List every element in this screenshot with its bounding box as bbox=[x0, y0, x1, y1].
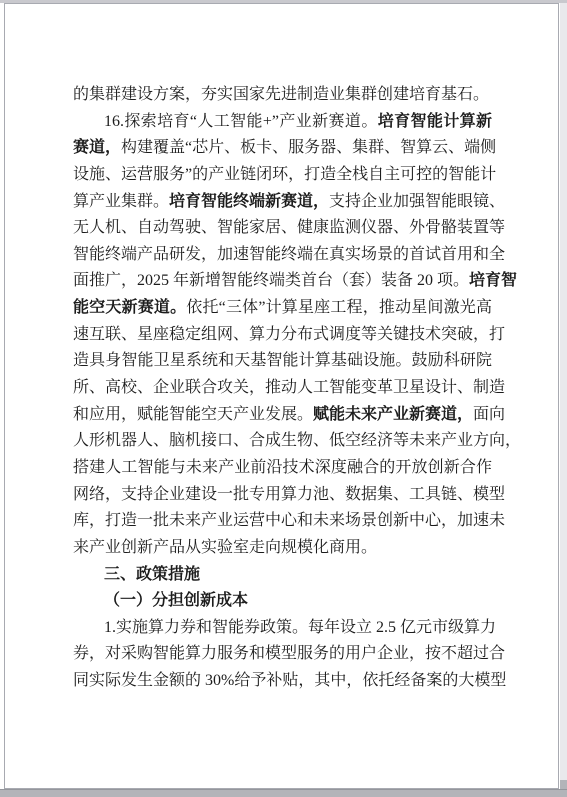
text-line-5: 算产业集群。培育智能终端新赛道，支持企业加强智能眼镜、 bbox=[73, 189, 492, 216]
text-run: 支持企业加强智能眼镜、 bbox=[329, 193, 505, 210]
page-text-block: 的集群建设方案，夯实国家先进制造业集群创建培育基石。16.探索培育“人工智能+”… bbox=[73, 82, 492, 695]
text-line-23: 同实际发生金额的 30%给予补贴，其中，依托经备案的大模型 bbox=[73, 668, 492, 695]
text-run: 券，对采购智能算力服务和模型服务的用户企业，按不超过合 bbox=[73, 645, 505, 662]
text-line-4: 设施、运营服务”的产业链闭环，打造全栈自主可控的智能计 bbox=[73, 162, 492, 189]
text-line-18: 来产业创新产品从实验室走向规模化商用。 bbox=[73, 535, 492, 562]
text-run: 的集群建设方案，夯实国家先进制造业集群创建培育基石。 bbox=[73, 86, 489, 103]
text-run: 来产业创新产品从实验室走向规模化商用。 bbox=[73, 539, 377, 556]
text-run: 人形机器人、脑机接口、合成生物、低空经济等未来产业方向， bbox=[73, 432, 521, 449]
text-run: 面推广，2025 年新增智能终端类首台（套）装备 20 项。 bbox=[73, 272, 469, 289]
text-line-6: 无人机、自动驾驶、智能家居、健康监测仪器、外骨骼装置等 bbox=[73, 215, 492, 242]
text-line-15: 搭建人工智能与未来产业前沿技术深度融合的开放创新合作 bbox=[73, 455, 492, 482]
text-run: 搭建人工智能与未来产业前沿技术深度融合的开放创新合作 bbox=[73, 459, 492, 476]
text-line-20: （一）分担创新成本 bbox=[73, 588, 492, 615]
text-run: 设施、运营服务”的产业链闭环，打造全栈自主可控的智能计 bbox=[73, 166, 496, 183]
text-line-12: 所、高校、企业联合攻关，推动人工智能变革卫星设计、制造 bbox=[73, 375, 492, 402]
text-run: 16.探索培育“人工智能+”产业新赛道。 bbox=[104, 113, 378, 130]
document-page: 的集群建设方案，夯实国家先进制造业集群创建培育基石。16.探索培育“人工智能+”… bbox=[4, 3, 559, 789]
text-run: 三、政策措施 bbox=[104, 566, 200, 583]
text-run: 赋能未来产业新赛道， bbox=[313, 406, 473, 423]
text-run: 算产业集群。 bbox=[73, 193, 169, 210]
text-run: 培育智能计算新 bbox=[378, 113, 492, 130]
text-line-1: 的集群建设方案，夯实国家先进制造业集群创建培育基石。 bbox=[73, 82, 492, 109]
text-run: 依托“三体”计算星座工程，推动星间激光高 bbox=[186, 299, 492, 316]
text-run: 库，打造一批未来产业运营中心和未来场景创新中心，加速未 bbox=[73, 512, 505, 529]
text-run: 面向 bbox=[473, 406, 505, 423]
text-run: 赛道， bbox=[73, 139, 121, 156]
text-line-13: 和应用，赋能智能空天产业发展。赋能未来产业新赛道，面向 bbox=[73, 402, 492, 429]
text-line-16: 网络，支持企业建设一批专用算力池、数据集、工具链、模型 bbox=[73, 482, 492, 509]
text-run: 智能终端产品研发，加速智能终端在真实场景的首试首用和全 bbox=[73, 246, 505, 263]
text-line-7: 智能终端产品研发，加速智能终端在真实场景的首试首用和全 bbox=[73, 242, 492, 269]
text-line-8: 面推广，2025 年新增智能终端类首台（套）装备 20 项。培育智 bbox=[73, 268, 492, 295]
text-line-17: 库，打造一批未来产业运营中心和未来场景创新中心，加速未 bbox=[73, 508, 492, 535]
text-line-3: 赛道，构建覆盖“芯片、板卡、服务器、集群、智算云、端侧 bbox=[73, 135, 492, 162]
text-line-10: 速互联、星座稳定组网、算力分布式调度等关键技术突破，打 bbox=[73, 322, 492, 349]
page-shadow-right bbox=[560, 3, 567, 790]
page-shadow-bottom bbox=[0, 789, 567, 797]
text-run: 每年设立 2.5 亿元市级算力 bbox=[308, 619, 496, 636]
document-viewer: 的集群建设方案，夯实国家先进制造业集群创建培育基石。16.探索培育“人工智能+”… bbox=[0, 0, 567, 797]
text-run: 所、高校、企业联合攻关，推动人工智能变革卫星设计、制造 bbox=[73, 379, 505, 396]
text-line-19: 三、政策措施 bbox=[73, 562, 492, 589]
text-line-14: 人形机器人、脑机接口、合成生物、低空经济等未来产业方向， bbox=[73, 428, 492, 455]
text-run: 和应用，赋能智能空天产业发展。 bbox=[73, 406, 313, 423]
text-run: 网络，支持企业建设一批专用算力池、数据集、工具链、模型 bbox=[73, 486, 505, 503]
text-line-21: 1.实施算力券和智能券政策。每年设立 2.5 亿元市级算力 bbox=[73, 615, 492, 642]
text-line-2: 16.探索培育“人工智能+”产业新赛道。培育智能计算新 bbox=[73, 109, 492, 136]
text-run: 构建覆盖“芯片、板卡、服务器、集群、智算云、端侧 bbox=[121, 139, 496, 156]
text-run: 培育智 bbox=[469, 272, 517, 289]
text-run: 速互联、星座稳定组网、算力分布式调度等关键技术突破，打 bbox=[73, 326, 505, 343]
text-line-11: 造具身智能卫星系统和天基智能计算基础设施。鼓励科研院 bbox=[73, 348, 492, 375]
text-run: 能空天新赛道。 bbox=[73, 299, 186, 316]
text-run: 同实际发生金额的 30%给予补贴，其中，依托经备案的大模型 bbox=[73, 672, 506, 689]
text-run: 无人机、自动驾驶、智能家居、健康监测仪器、外骨骼装置等 bbox=[73, 219, 505, 236]
text-run: 培育智能终端新赛道， bbox=[169, 193, 329, 210]
text-line-9: 能空天新赛道。依托“三体”计算星座工程，推动星间激光高 bbox=[73, 295, 492, 322]
text-run: 造具身智能卫星系统和天基智能计算基础设施。鼓励科研院 bbox=[73, 352, 492, 369]
text-line-22: 券，对采购智能算力服务和模型服务的用户企业，按不超过合 bbox=[73, 641, 492, 668]
text-run: （一）分担创新成本 bbox=[104, 592, 248, 609]
text-run: 1.实施算力券和智能券政策。 bbox=[104, 619, 308, 636]
